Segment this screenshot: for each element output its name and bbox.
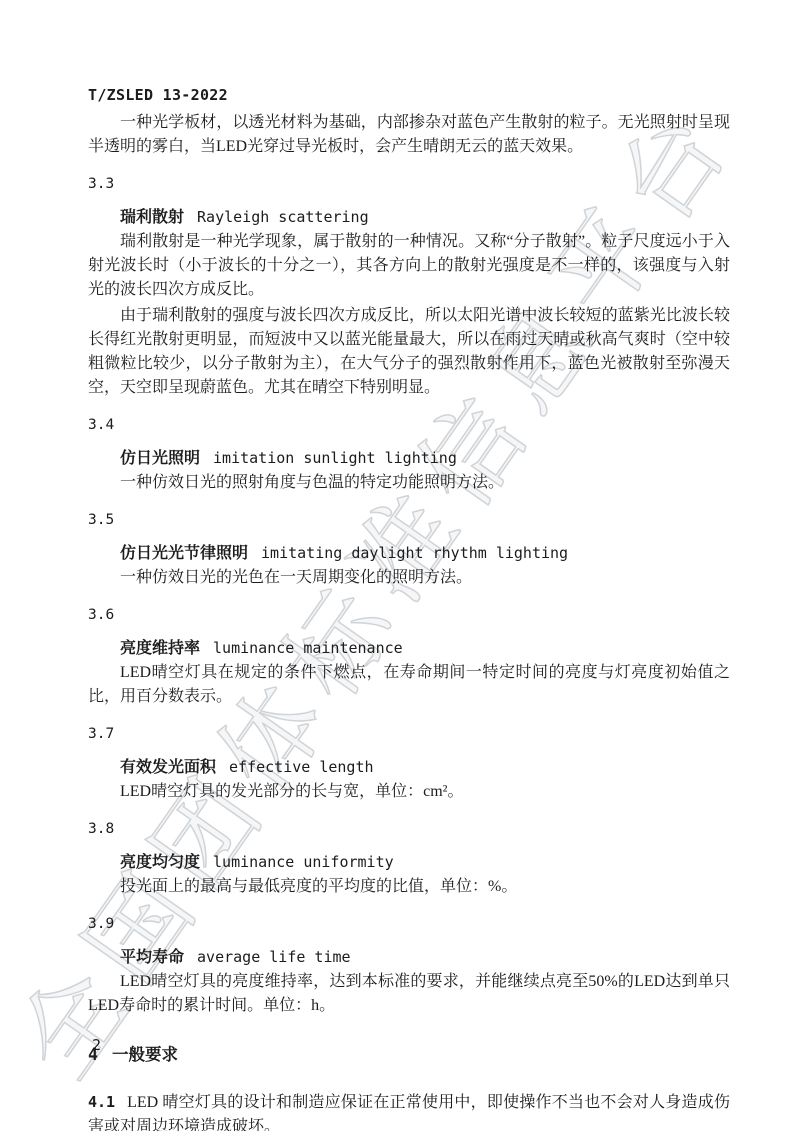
term-heading: 仿日光照明 imitation sunlight lighting [120,446,730,471]
term-definition: LED晴空灯具在规定的条件下燃点，在寿命期间一特定时间的亮度与灯亮度初始值之比，… [88,661,730,709]
clause-number: 3.9 [88,916,730,932]
clause-number: 3.6 [88,607,730,623]
section-3-3: 3.3 瑞利散射 Rayleigh scattering 瑞利散射是一种光学现象… [88,176,730,400]
term-en: average life time [197,948,351,966]
term-en: luminance uniformity [213,853,394,871]
page-number: 2 [92,1036,101,1054]
intro-paragraph: 一种光学板材，以透光材料为基础，内部掺杂对蓝色产生散射的粒子。无光照射时呈现半透… [88,111,730,159]
clause-number: 3.5 [88,512,730,528]
term-zh: 瑞利散射 [120,209,184,226]
term-heading: 亮度维持率 luminance maintenance [120,636,730,661]
term-heading: 瑞利散射 Rayleigh scattering [120,205,730,230]
clause-number: 3.3 [88,176,730,192]
term-heading: 平均寿命 average life time [120,945,730,970]
section-3-6: 3.6 亮度维持率 luminance maintenance LED晴空灯具在… [88,607,730,709]
term-zh: 平均寿命 [120,949,184,966]
clause-number: 3.4 [88,417,730,433]
clause-number: 3.8 [88,821,730,837]
term-definition: LED晴空灯具的亮度维持率，达到本标准的要求，并能继续点亮至50%的LED达到单… [88,970,730,1018]
term-definition: 一种仿效日光的照射角度与色温的特定功能照明方法。 [88,471,730,495]
term-definition: 一种仿效日光的光色在一天周期变化的照明方法。 [88,566,730,590]
section-3-5: 3.5 仿日光光节律照明 imitating daylight rhythm l… [88,512,730,590]
chapter-heading: 4一般要求 [88,1044,730,1066]
term-definition: 瑞利散射是一种光学现象，属于散射的一种情况。又称“分子散射”。粒子尺度远小于入射… [88,230,730,302]
section-3-9: 3.9 平均寿命 average life time LED晴空灯具的亮度维持率… [88,916,730,1018]
document-page: 全国团体标准信息平台 T/ZSLED 13-2022 一种光学板材，以透光材料为… [0,0,800,1131]
clause-number: 3.7 [88,726,730,742]
chapter-title: 一般要求 [112,1046,178,1064]
standard-number: T/ZSLED 13-2022 [88,86,730,104]
section-3-7: 3.7 有效发光面积 effective length LED晴空灯具的发光部分… [88,726,730,804]
term-en: luminance maintenance [213,639,403,657]
term-en: Rayleigh scattering [197,208,369,226]
section-3-4: 3.4 仿日光照明 imitation sunlight lighting 一种… [88,417,730,495]
clause-number: 4.1 [88,1093,115,1111]
term-zh: 仿日光光节律照明 [120,545,248,562]
term-heading: 亮度均匀度 luminance uniformity [120,850,730,875]
term-definition: LED晴空灯具的发光部分的长与宽，单位：cm²。 [88,780,730,804]
clause-text: LED 晴空灯具的设计和制造应保证在正常使用中，即使操作不当也不会对人身造成伤害… [88,1094,730,1131]
term-en: imitation sunlight lighting [213,449,457,467]
term-definition: 投光面上的最高与最低亮度的平均度的比值，单位：%。 [88,875,730,899]
term-zh: 亮度均匀度 [120,854,200,871]
term-heading: 有效发光面积 effective length [120,755,730,780]
term-en: imitating daylight rhythm lighting [261,544,568,562]
term-en: effective length [229,758,374,776]
term-zh: 亮度维持率 [120,640,200,657]
term-zh: 有效发光面积 [120,759,216,776]
clause-4-1: 4.1LED 晴空灯具的设计和制造应保证在正常使用中，即使操作不当也不会对人身造… [88,1090,730,1131]
term-zh: 仿日光照明 [120,450,200,467]
term-definition: 由于瑞利散射的强度与波长四次方成反比，所以太阳光谱中波长较短的蓝紫光比波长较长得… [88,304,730,400]
section-3-8: 3.8 亮度均匀度 luminance uniformity 投光面上的最高与最… [88,821,730,899]
term-heading: 仿日光光节律照明 imitating daylight rhythm light… [120,541,730,566]
page-content: T/ZSLED 13-2022 一种光学板材，以透光材料为基础，内部掺杂对蓝色产… [88,86,730,1131]
